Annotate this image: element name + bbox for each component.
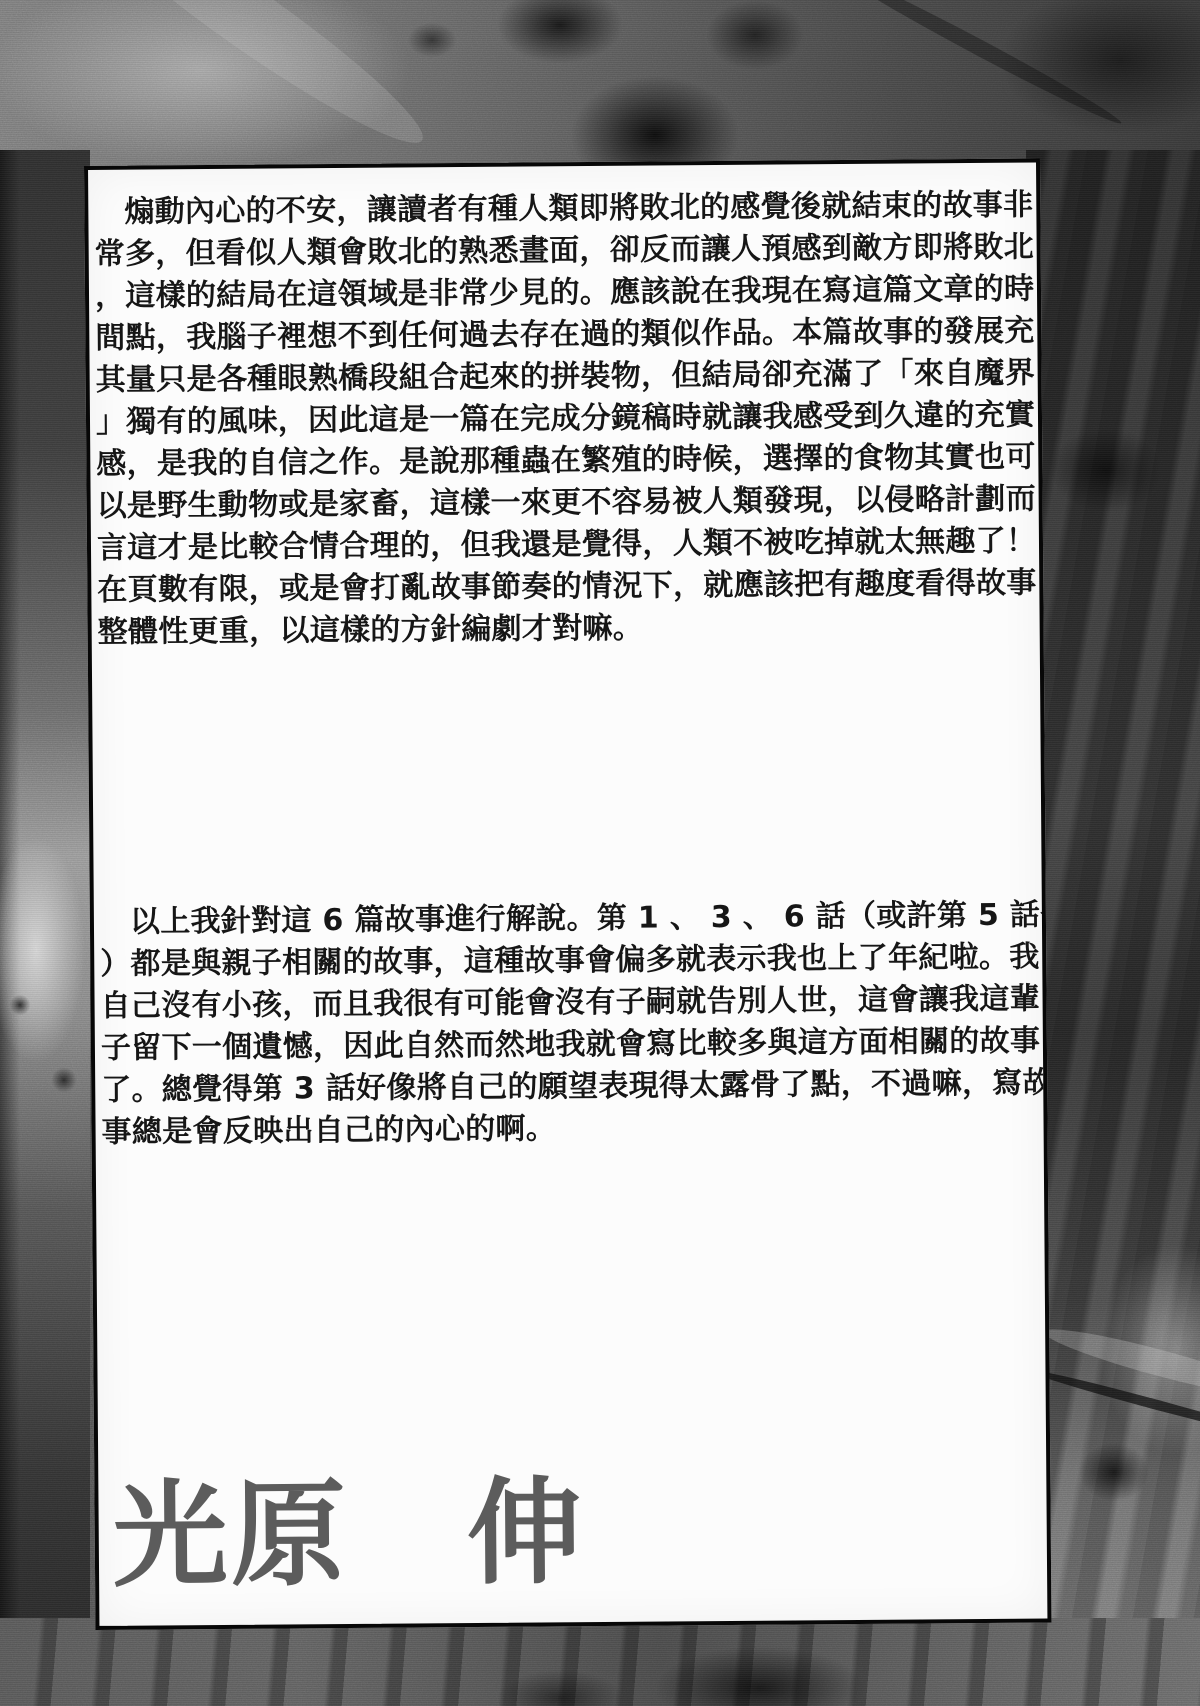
text-line: 」獨有的風味，因此這是一篇在完成分鏡稿時就讓我感受到久違的充實 [96, 395, 1032, 444]
text-line: 事總是會反映出自己的內心的啊。 [101, 1105, 1037, 1154]
text-line: 感，是我的自信之作。是說那種蟲在繁殖的時候，選擇的食物其實也可 [96, 437, 1032, 486]
text-line: 了。總覺得第 3 話好像將自己的願望表現得太露骨了點，不過嘛，寫故 [101, 1063, 1037, 1112]
text-line: 其量只是各種眼熟橋段組合起來的拼裝物，但結局卻充滿了「來自魔界 [96, 353, 1032, 402]
text-line: 子留下一個遺憾，因此自然而然地我就會寫比較多與這方面相關的故事 [101, 1021, 1037, 1070]
text-line: 以是野生動物或是家畜，這樣一來更不容易被人類發現，以侵略計劃而 [97, 479, 1033, 528]
text-line: 自己沒有小孩，而且我很有可能會沒有子嗣就告別人世，這會讓我這輩 [100, 979, 1036, 1028]
text-line: 間點，我腦子裡想不到任何過去存在過的類似作品。本篇故事的發展充 [95, 311, 1031, 360]
afterword-panel: 煽動內心的不安，讓讀者有種人類即將敗北的感覺後就結束的故事非 常多，但看似人類會… [84, 158, 1051, 1629]
text-line: 以上我針對這 6 篇故事進行解說。第 1 、 3 、 6 話（或許第 5 話也算 [100, 895, 1036, 944]
afterword-paragraph-commentary: 煽動內心的不安，讓讀者有種人類即將敗北的感覺後就結束的故事非 常多，但看似人類會… [94, 185, 1034, 654]
text-line: 常多，但看似人類會敗北的熟悉畫面，卻反而讓人預感到敵方即將敗北 [95, 227, 1031, 276]
text-line: 在頁數有限，或是會打亂故事節奏的情況下，就應該把有趣度看得故事 [97, 563, 1033, 612]
text-line: ）都是與親子相關的故事，這種故事會偏多就表示我也上了年紀啦。我 [100, 937, 1036, 986]
manga-afterword-page: 煽動內心的不安，讓讀者有種人類即將敗北的感覺後就結束的故事非 常多，但看似人類會… [0, 0, 1200, 1706]
text-line: 煽動內心的不安，讓讀者有種人類即將敗北的感覺後就結束的故事非 [94, 185, 1030, 234]
afterword-paragraph-summary: 以上我針對這 6 篇故事進行解說。第 1 、 3 、 6 話（或許第 5 話也算… [100, 895, 1038, 1154]
text-line: 言這才是比較合情合理的，但我還是覺得，人類不被吃掉就太無趣了！ [97, 521, 1033, 570]
author-name: 光原 伸 [112, 1464, 585, 1606]
text-line: ，這樣的結局在這領域是非常少見的。應該說在我現在寫這篇文章的時 [95, 269, 1031, 318]
text-line: 整體性更重，以這樣的方針編劇才對嘛。 [98, 605, 1034, 654]
